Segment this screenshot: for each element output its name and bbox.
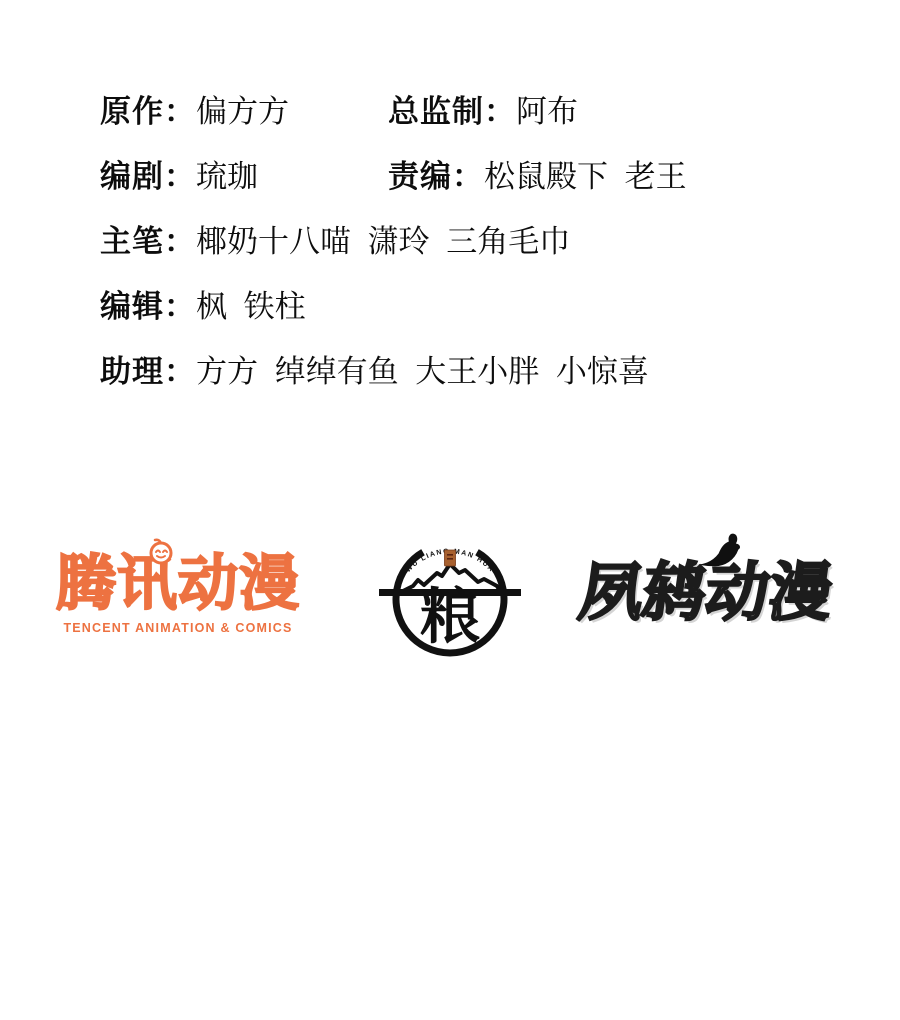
tencent-animation-logo: 腾讯动漫 TENCENT ANIMATION & COMICS <box>52 550 304 635</box>
credit-names: 方方 绰绰有鱼 大王小胖 小惊喜 <box>196 354 649 389</box>
tencent-logo-en-text: TENCENT ANIMATION & COMICS <box>52 621 304 635</box>
credit-col2: 责编：松鼠殿下 老王 <box>388 144 687 209</box>
credit-names: 琉珈 <box>196 159 258 194</box>
comic-credits-page: 原作：偏方方 总监制：阿布 编剧：琉珈 责编：松鼠殿下 老王 主笔：椰奶十八喵 … <box>0 0 900 1020</box>
credit-row-screenwriter: 编剧：琉珈 责编：松鼠殿下 老王 <box>100 144 820 209</box>
credit-col2: 总监制：阿布 <box>388 79 578 144</box>
credit-row-original-author: 原作：偏方方 总监制：阿布 <box>100 79 820 144</box>
tencent-logo-cn-text: 腾讯动漫 <box>52 550 304 618</box>
credit-label: 原作： <box>100 94 196 129</box>
credit-label: 编辑： <box>100 289 196 324</box>
credit-label: 编剧： <box>100 159 196 194</box>
wuliang-grain-character: 粮 <box>420 584 480 651</box>
credit-names: 偏方方 <box>196 94 289 129</box>
credit-names: 椰奶十八喵 潇玲 三角毛巾 <box>196 224 570 259</box>
credit-label: 助理： <box>100 354 196 389</box>
credit-row-lead-artist: 主笔：椰奶十八喵 潇玲 三角毛巾 <box>100 209 820 274</box>
seal-mark <box>447 558 453 560</box>
credit-names: 阿布 <box>516 94 578 129</box>
sudong-logo-cn-text: 夙鸫动漫 <box>574 548 867 638</box>
credit-names: 枫 铁柱 <box>196 289 306 324</box>
wuliang-manhua-logo: WU LIANG MAN HUA 粮 <box>385 533 515 665</box>
credit-label: 主笔： <box>100 224 196 259</box>
credit-label: 总监制： <box>388 94 516 129</box>
credit-label: 责编： <box>388 159 484 194</box>
credits-block: 原作：偏方方 总监制：阿布 编剧：琉珈 责编：松鼠殿下 老王 主笔：椰奶十八喵 … <box>100 79 820 404</box>
seal-mark <box>447 554 453 556</box>
credit-row-assistants: 助理：方方 绰绰有鱼 大王小胖 小惊喜 <box>100 339 820 404</box>
sudong-animation-logo: 夙鸫动漫 <box>580 548 860 638</box>
credit-row-editor: 编辑：枫 铁柱 <box>100 274 820 339</box>
credit-names: 松鼠殿下 老王 <box>484 159 687 194</box>
smiley-face-icon <box>146 538 176 566</box>
